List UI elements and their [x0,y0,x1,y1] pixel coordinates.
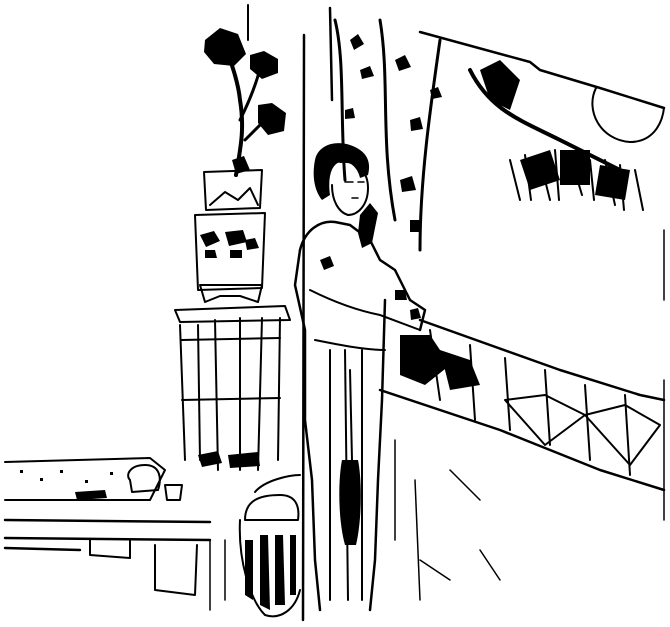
potted-plant [195,28,286,302]
ground [210,540,225,610]
illustration [0,0,670,627]
bench [5,458,210,595]
plant-stand [175,306,290,470]
tree [335,20,643,250]
pillar [248,5,332,620]
stool [240,475,300,616]
balustrade [380,320,664,600]
